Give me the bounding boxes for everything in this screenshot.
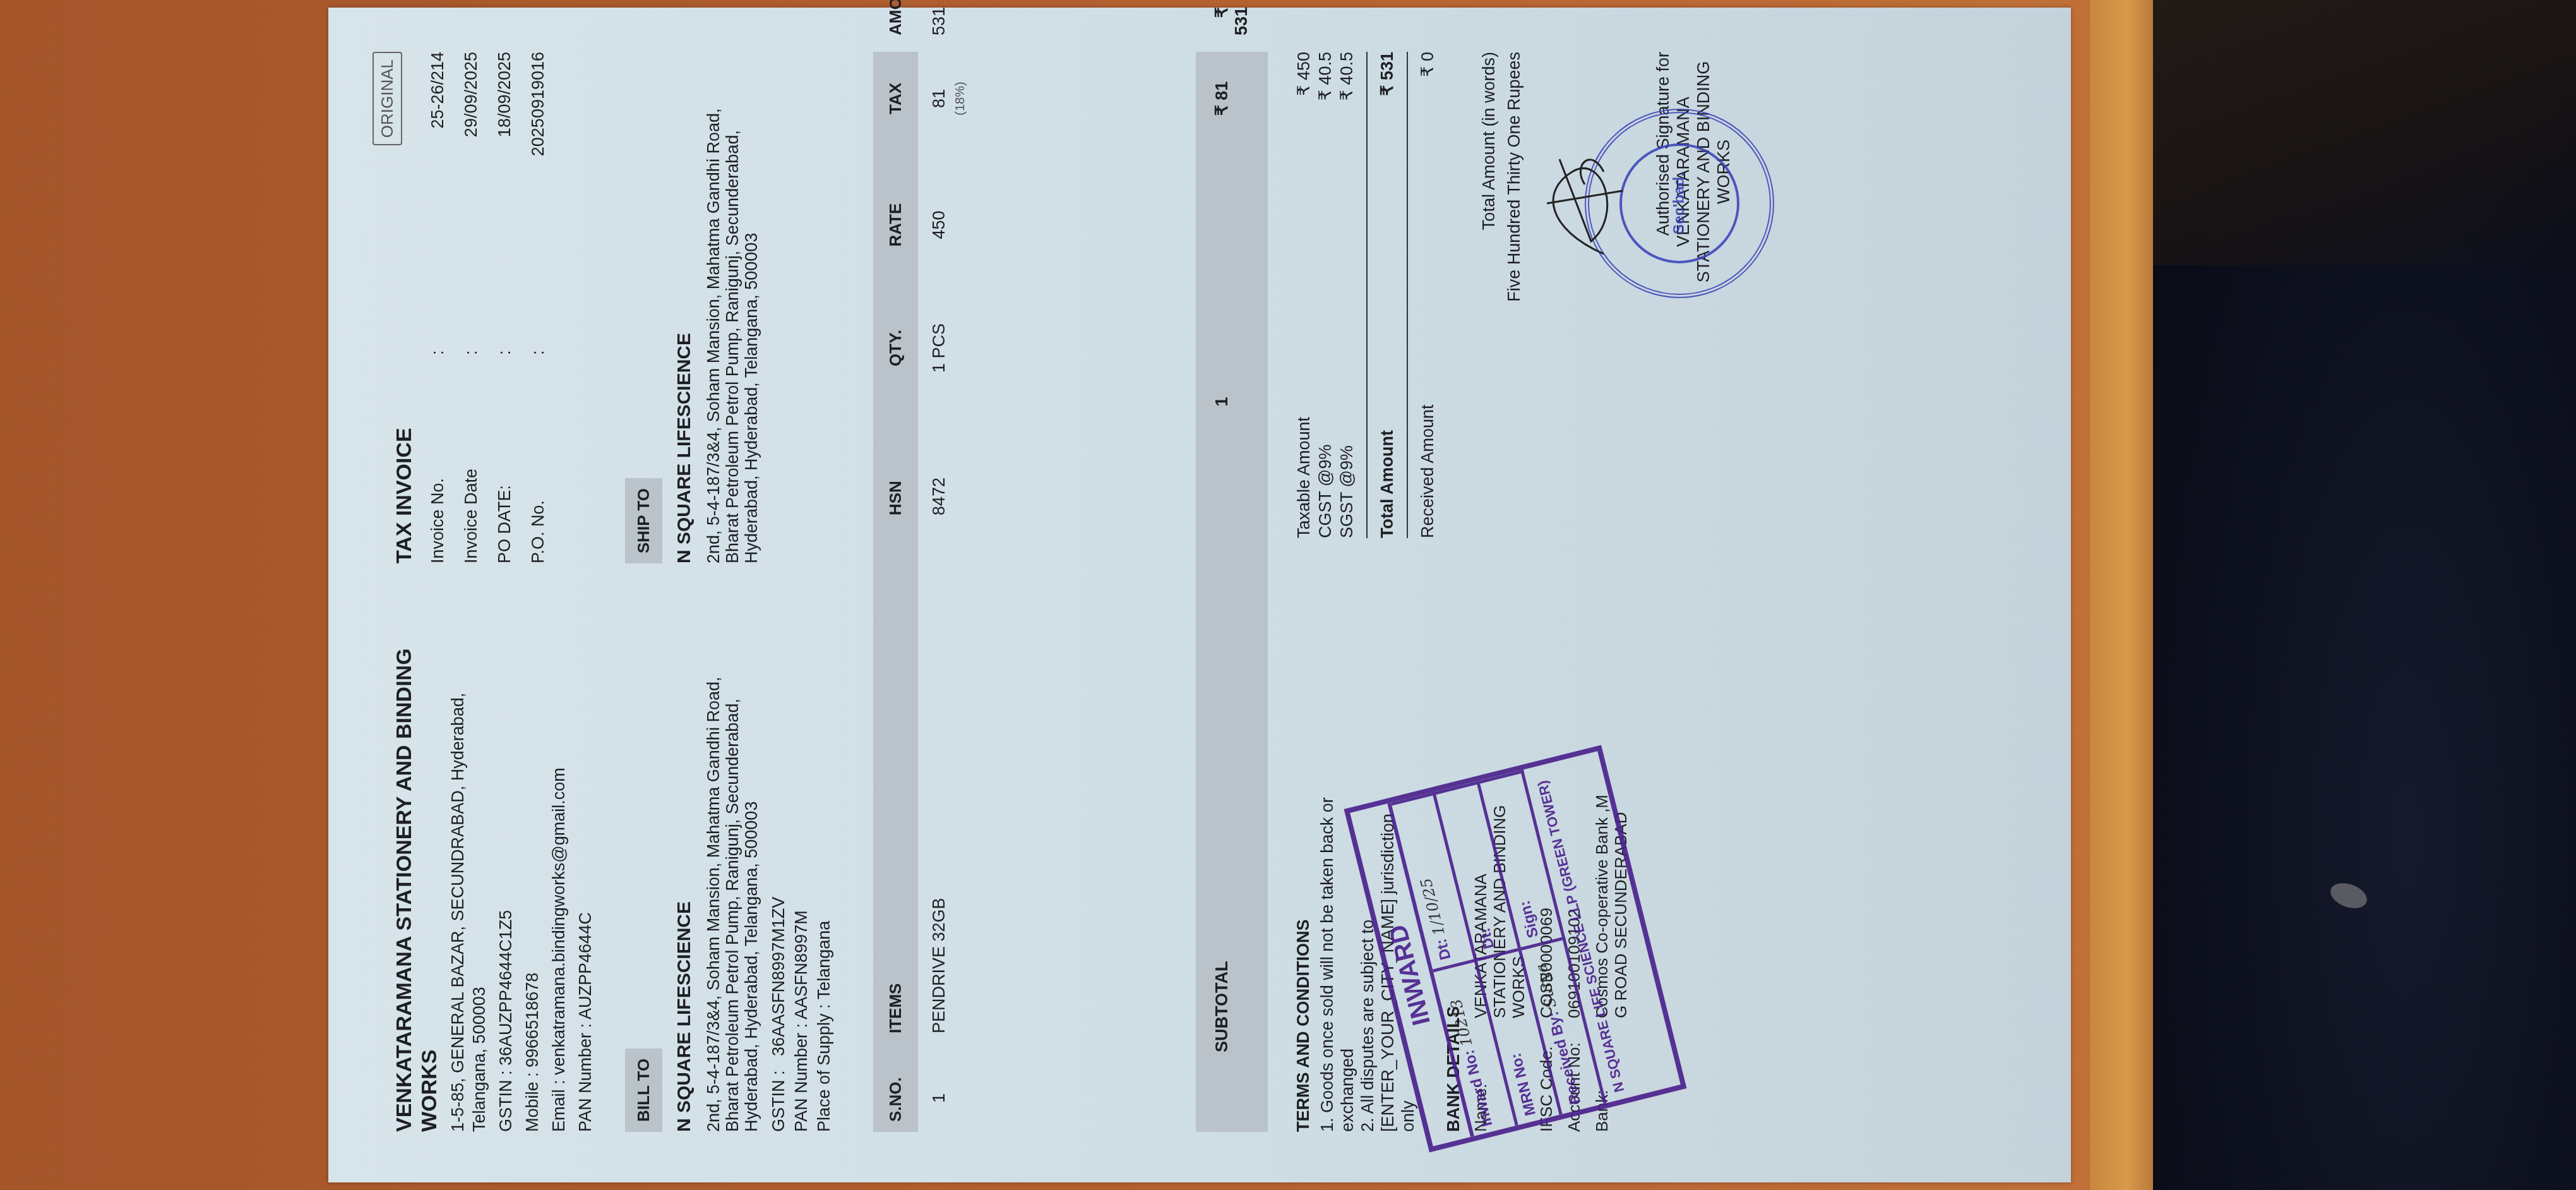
shadow-area	[2153, 0, 2576, 265]
invoice-no: 25-26/214	[428, 52, 448, 336]
bill-to-gstin: 36AASFN8997M1ZV	[769, 897, 788, 1056]
invoice-meta-block: ORIGINAL TAX INVOICE Invoice No.:25-26/2…	[373, 52, 596, 563]
table-row: 1 PENDRIVE 32GB 8472 1 PCS 450 81(18%) 5…	[918, 52, 1183, 1132]
seller-pan: AUZPP4644C	[576, 912, 595, 1019]
amount-in-words-label: Total Amount (in words)	[1476, 52, 1501, 538]
invoice-photo: VENKATARAMANA STATIONERY AND BINDING WOR…	[328, 0, 2084, 1190]
col-qty: QTY.	[886, 288, 905, 408]
bill-to-pan-label: PAN Number :	[792, 1023, 811, 1132]
handwritten-signature	[1534, 140, 1629, 267]
seller-mobile-label: Mobile :	[523, 1072, 542, 1132]
invoice-paper: VENKATARAMANA STATIONERY AND BINDING WOR…	[328, 8, 2071, 1182]
invoice-date-label: Invoice Date	[462, 355, 481, 563]
col-hsn: HSN	[886, 408, 905, 515]
seller-gstin: 36AUZPP4644C1Z5	[496, 910, 515, 1066]
row-hsn: 8472	[929, 408, 1172, 515]
mrn-dt-label: Dt:	[1476, 926, 1498, 951]
taxable-label: Taxable Amount	[1293, 417, 1315, 538]
sgst-amount: ₹ 40.5	[1336, 52, 1357, 100]
copy-label: ORIGINAL	[373, 52, 402, 145]
sgst-label: SGST @9%	[1336, 445, 1357, 538]
col-items: ITEMS	[886, 515, 905, 1033]
ship-to-address: 2nd, 5-4-187/3&4, Soham Mansion, Mahatma…	[704, 96, 761, 563]
subtotal-tax: ₹ 81	[1212, 35, 1251, 162]
invoice-meta: Invoice No.:25-26/214 Invoice Date:29/09…	[428, 52, 548, 563]
ship-to-name: N SQUARE LIFESCIENCE	[674, 52, 695, 563]
seller-mobile: 9966518678	[523, 973, 542, 1067]
place-of-supply-label: Place of Supply :	[814, 1004, 833, 1132]
row-rate: 450	[929, 162, 1172, 288]
col-amount: AMOUNT	[886, 0, 905, 35]
seller-gstin-label: GSTIN :	[496, 1070, 515, 1132]
inward-no: 10213	[1447, 997, 1476, 1049]
subtotal-amount: ₹ 531	[1212, 7, 1251, 35]
seller-pan-label: PAN Number :	[576, 1023, 595, 1132]
taxable-amount: ₹ 450	[1293, 52, 1315, 96]
row-amount: 531	[929, 7, 1172, 35]
bill-to-heading: BILL TO	[625, 1049, 662, 1132]
terms-heading: TERMS AND CONDITIONS	[1293, 563, 1313, 1132]
subtotal-label: SUBTOTAL	[1212, 515, 1251, 1122]
ship-to-block: SHIP TO N SQUARE LIFESCIENCE 2nd, 5-4-18…	[596, 52, 835, 563]
subtotal-qty: 1	[1212, 288, 1251, 515]
po-date: 18/09/2025	[495, 52, 515, 336]
po-no-label: P.O. No.	[528, 355, 548, 563]
inward-dt-label: Dt:	[1433, 937, 1454, 961]
col-sno: S.NO.	[886, 1033, 905, 1122]
bill-to-name: N SQUARE LIFESCIENCE	[674, 563, 695, 1132]
row-sno: 1	[929, 1033, 1172, 1122]
place-of-supply: Telangana	[814, 921, 833, 1000]
items-table: S.NO. ITEMS HSN QTY. RATE TAX AMOUNT 1 P…	[873, 52, 1268, 1132]
amount-in-words: Five Hundred Thirty One Rupees	[1501, 52, 1527, 538]
seller-block: VENKATARAMANA STATIONERY AND BINDING WOR…	[373, 563, 596, 1132]
po-no: 20250919016	[528, 52, 548, 336]
received-by: Surya	[1532, 962, 1559, 1010]
total-label: Total Amount	[1376, 430, 1398, 538]
received-amount: ₹ 0	[1417, 52, 1438, 77]
sign-label: Sign:	[1517, 899, 1542, 940]
total-amount: ₹ 531	[1376, 52, 1398, 96]
items-table-header: S.NO. ITEMS HSN QTY. RATE TAX AMOUNT	[873, 52, 918, 1132]
seller-email-label: Email :	[549, 1079, 568, 1132]
invoice-no-label: Invoice No.	[428, 355, 448, 563]
col-rate: RATE	[886, 162, 905, 288]
cgst-label: CGST @9%	[1315, 445, 1336, 538]
seal-center-text: Sec'bad.	[1671, 172, 1688, 234]
bill-to-address: 2nd, 5-4-187/3&4, Soham Mansion, Mahatma…	[704, 664, 761, 1132]
ship-to-heading: SHIP TO	[625, 478, 662, 563]
seller-address: 1-5-85, GENERAL BAZAR, SECUNDRABAD, Hyde…	[447, 677, 490, 1132]
bill-to-gstin-label: GSTIN :	[769, 1070, 788, 1132]
seller-name: VENKATARAMANA STATIONERY AND BINDING WOR…	[391, 563, 442, 1132]
received-label: Received Amount	[1417, 404, 1438, 538]
row-item: PENDRIVE 32GB	[929, 515, 1172, 1033]
row-qty: 1 PCS	[929, 288, 1172, 408]
seller-email: venkatramana.bindingworks@gmail.com	[549, 767, 568, 1075]
po-date-label: PO DATE:	[495, 355, 515, 563]
desk-edge	[2090, 0, 2153, 1190]
bill-to-pan: AASFN8997M	[792, 910, 811, 1019]
row-tax: 81	[929, 89, 948, 108]
cgst-amount: ₹ 40.5	[1315, 52, 1336, 100]
subtotal-row: SUBTOTAL 1 ₹ 81 ₹ 531	[1196, 52, 1268, 1132]
col-tax: TAX	[886, 35, 905, 162]
invoice-date: 29/09/2025	[462, 52, 481, 336]
row-tax-rate: (18%)	[953, 81, 967, 115]
bill-to-block: BILL TO N SQUARE LIFESCIENCE 2nd, 5-4-18…	[596, 563, 835, 1132]
